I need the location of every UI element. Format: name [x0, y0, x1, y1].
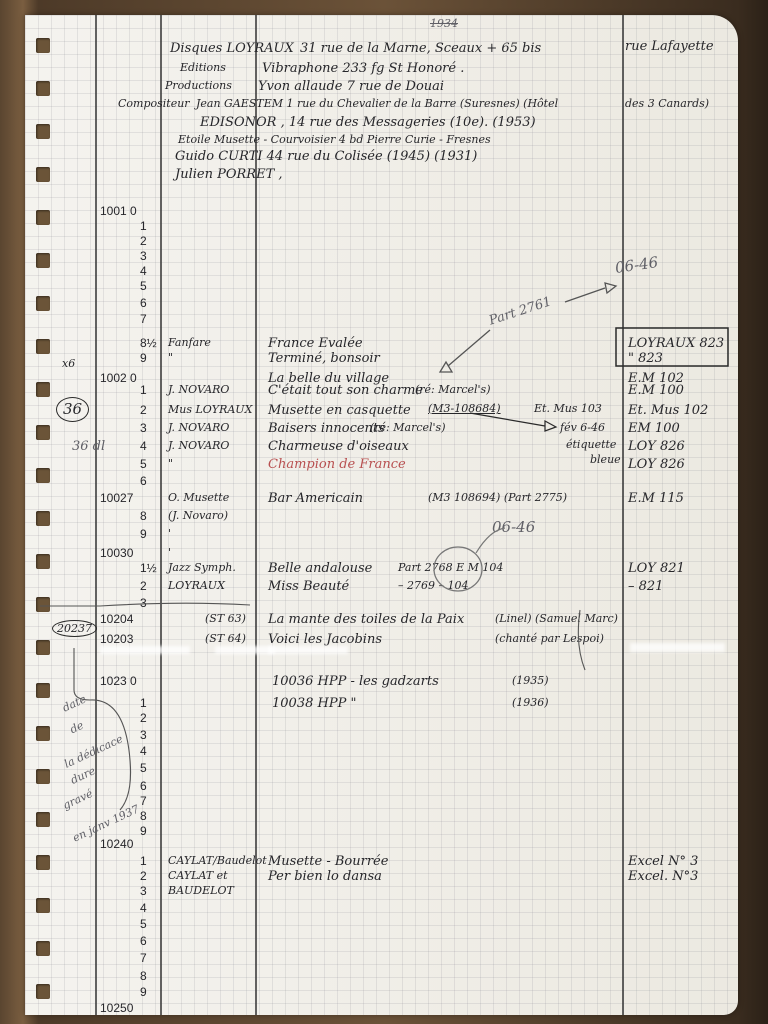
spiral-hole [36, 296, 50, 311]
row-number: 10027 [100, 492, 133, 504]
row-title: Musette - Bourrée [268, 855, 388, 868]
spiral-hole [36, 210, 50, 225]
spiral-hole [36, 812, 50, 827]
spiral-hole [36, 81, 50, 96]
row-artist: Fanfare [168, 337, 211, 348]
etiquette-note: étiquette [566, 439, 616, 450]
spiral-hole [36, 425, 50, 440]
erased-mark [215, 646, 275, 654]
header-text: Jean GAESTEM 1 rue du Chevalier de la Ba… [196, 98, 558, 109]
row-title: Musette en casquette [268, 404, 411, 417]
row-number: 2 [140, 870, 147, 882]
row-number: 6 [140, 297, 147, 309]
spiral-hole [36, 597, 50, 612]
row-artist: " [168, 458, 173, 469]
row-ref: (ré: Marcel's) [415, 384, 491, 395]
row-number: 2 [140, 235, 147, 247]
column-rule-number [95, 15, 97, 1015]
row-artist: J. NOVARO [168, 384, 229, 395]
spiral-hole [36, 38, 50, 53]
spiral-hole [36, 339, 50, 354]
row-number: 8 [140, 810, 147, 822]
row-title: Belle andalouse [268, 562, 372, 575]
row-number: 5 [140, 280, 147, 292]
bleue-note: bleue [590, 454, 621, 465]
row-number: 4 [140, 440, 147, 452]
row-label: Excel. N°3 [628, 870, 698, 883]
row-number: 2 [140, 580, 147, 592]
row-number: 1 [140, 697, 147, 709]
header-text: Etoile Musette - Courvoisier 4 bd Pierre… [178, 134, 491, 145]
column-rule-label [622, 15, 624, 1015]
row-number: 2 [140, 712, 147, 724]
row-artist: CAYLAT/Baudelot [168, 855, 267, 866]
row-ref: (Linel) (Samuel Marc) [495, 613, 618, 624]
row-title: Terminé, bonsoir [268, 352, 380, 365]
row-number: 3 [140, 250, 147, 262]
row-number: 6 [140, 935, 147, 947]
erased-mark [268, 646, 348, 654]
row-label: EM 100 [628, 422, 680, 435]
row-title: C'était tout son charme [268, 384, 423, 397]
spiral-hole [36, 167, 50, 182]
header-label: Productions [165, 80, 232, 91]
row-label: LOY 821 [628, 562, 685, 575]
row-artist: (J. Novaro) [168, 510, 228, 521]
row-number: 7 [140, 795, 147, 807]
row-number: 9 [140, 352, 147, 364]
spiral-hole [36, 468, 50, 483]
row-number: 9 [140, 986, 147, 998]
row-artist: " [168, 352, 173, 363]
header-text: Vibraphone 233 fg St Honoré . [262, 62, 464, 75]
row-title: La mante des toiles de la Paix [268, 613, 464, 626]
row-artist: Mus LOYRAUX [168, 404, 252, 415]
row-number: 10250 [100, 1002, 133, 1014]
row-label: Et. Mus 102 [628, 404, 708, 417]
spiral-hole [36, 683, 50, 698]
row-label: LOY 826 [628, 440, 685, 453]
row-number: 8 [140, 510, 147, 522]
row-label: Excel N° 3 [628, 855, 698, 868]
row-number: 1001 0 [100, 205, 137, 217]
row-artist: BAUDELOT [168, 885, 234, 896]
header-note: des 3 Canards) [625, 98, 709, 109]
row-number: 6 [140, 475, 147, 487]
row-number: 4 [140, 745, 147, 757]
row-artist: (ST 64) [205, 633, 246, 644]
circled-note: 36 dl [72, 440, 105, 453]
spiral-hole [36, 253, 50, 268]
row-number: 3 [140, 597, 147, 609]
row-title: 10038 HPP " [272, 697, 356, 710]
row-title: France Evalée [268, 337, 363, 350]
row-title: Per bien lo dansa [268, 870, 382, 883]
row-number: 9 [140, 528, 147, 540]
row-number: 7 [140, 952, 147, 964]
row-number: 3 [140, 885, 147, 897]
row-number: 8 [140, 970, 147, 982]
row-label: LOY 826 [628, 458, 685, 471]
column-rule-artist [160, 15, 162, 1015]
row-artist: CAYLAT et [168, 870, 228, 881]
header-text: Julien PORRET , [175, 168, 283, 181]
margin-catalog-circle: 20237 [52, 620, 97, 637]
row-label: – 821 [628, 580, 663, 593]
row-number: 5 [140, 458, 147, 470]
row-number: 1½ [140, 562, 157, 574]
spiral-hole [36, 382, 50, 397]
row-title: Bar Americain [268, 492, 363, 505]
row-title: Baisers innocents [268, 422, 385, 435]
spiral-hole [36, 511, 50, 526]
header-label: Disques LOYRAUX [170, 42, 294, 55]
row-label: E.M 100 [628, 384, 684, 397]
row-title: Champion de France [268, 458, 406, 471]
row-title: Miss Beauté [268, 580, 349, 593]
header-text: EDISONOR , 14 rue des Messageries (10e).… [200, 116, 536, 129]
header-label: Compositeur [118, 98, 190, 109]
row-number: 1 [140, 384, 147, 396]
crossed-year: 1934 [430, 18, 458, 29]
row-number: 4 [140, 902, 147, 914]
row-number: 8½ [140, 337, 157, 349]
row-number: 1 [140, 220, 147, 232]
row-artist: (ST 63) [205, 613, 246, 624]
et-mus-ref: Et. Mus 103 [534, 403, 602, 414]
row-number: 5 [140, 762, 147, 774]
row-number: 4 [140, 265, 147, 277]
header-label: Editions [180, 62, 226, 73]
row-number: 7 [140, 313, 147, 325]
m3-ref: (M3-108684) [428, 403, 501, 414]
row-label: LOYRAUX 823 [628, 337, 724, 350]
row-ref: (chanté par Lespoi) [495, 633, 604, 644]
spiral-hole [36, 640, 50, 655]
erased-mark [630, 643, 725, 652]
spiral-hole [36, 124, 50, 139]
row-number: 9 [140, 825, 147, 837]
row-title: Voici les Jacobins [268, 633, 382, 646]
row-ref: – 2769 – 104 [398, 580, 468, 591]
spiral-hole [36, 941, 50, 956]
row-artist: ' [168, 528, 171, 539]
row-number: 3 [140, 729, 147, 741]
circled-number: 36 [56, 397, 89, 422]
spiral-hole [36, 726, 50, 741]
spiral-hole [36, 984, 50, 999]
margin-mark: x6 [62, 358, 75, 369]
fev-date: fév 6-46 [560, 422, 605, 433]
row-title: Charmeuse d'oiseaux [268, 440, 409, 453]
row-ref: Part 2768 E M 104 [398, 562, 503, 573]
row-number: 1002 0 [100, 372, 137, 384]
row-number: 1023 0 [100, 675, 137, 687]
header-text: Yvon allaude 7 rue de Douai [258, 80, 444, 93]
row-artist: Jazz Symph. [168, 562, 236, 573]
header-note: rue Lafayette [625, 40, 714, 53]
row-ref: (1935) [512, 675, 549, 686]
row-ref: (1936) [512, 697, 549, 708]
row-label: " 823 [628, 352, 663, 365]
row-number: 6 [140, 780, 147, 792]
date-mid: 06-46 [492, 520, 535, 535]
row-artist: J. NOVARO [168, 422, 229, 433]
row-number: 3 [140, 422, 147, 434]
row-artist: ' [168, 547, 171, 558]
spiral-hole [36, 554, 50, 569]
header-text: 31 rue de la Marne, Sceaux + 65 bis [300, 42, 541, 55]
row-artist: O. Musette [168, 492, 229, 503]
row-title: 10036 HPP - les gadzarts [272, 675, 439, 688]
row-number: 10030 [100, 547, 133, 559]
row-ref: (ré: Marcel's) [370, 422, 446, 433]
row-number: 1 [140, 855, 147, 867]
row-ref: (M3 108694) (Part 2775) [428, 492, 567, 503]
row-number: 10240 [100, 838, 133, 850]
spiral-hole [36, 898, 50, 913]
spiral-hole [36, 769, 50, 784]
row-number: 2 [140, 404, 147, 416]
row-number: 10204 [100, 613, 133, 625]
header-text: Guido CURTI 44 rue du Colisée (1945) (19… [175, 150, 477, 163]
row-artist: LOYRAUX [168, 580, 225, 591]
row-number: 5 [140, 918, 147, 930]
row-number: 10203 [100, 633, 133, 645]
erased-mark [100, 646, 190, 654]
row-label: E.M 115 [628, 492, 684, 505]
row-artist: J. NOVARO [168, 440, 229, 451]
spiral-hole [36, 855, 50, 870]
